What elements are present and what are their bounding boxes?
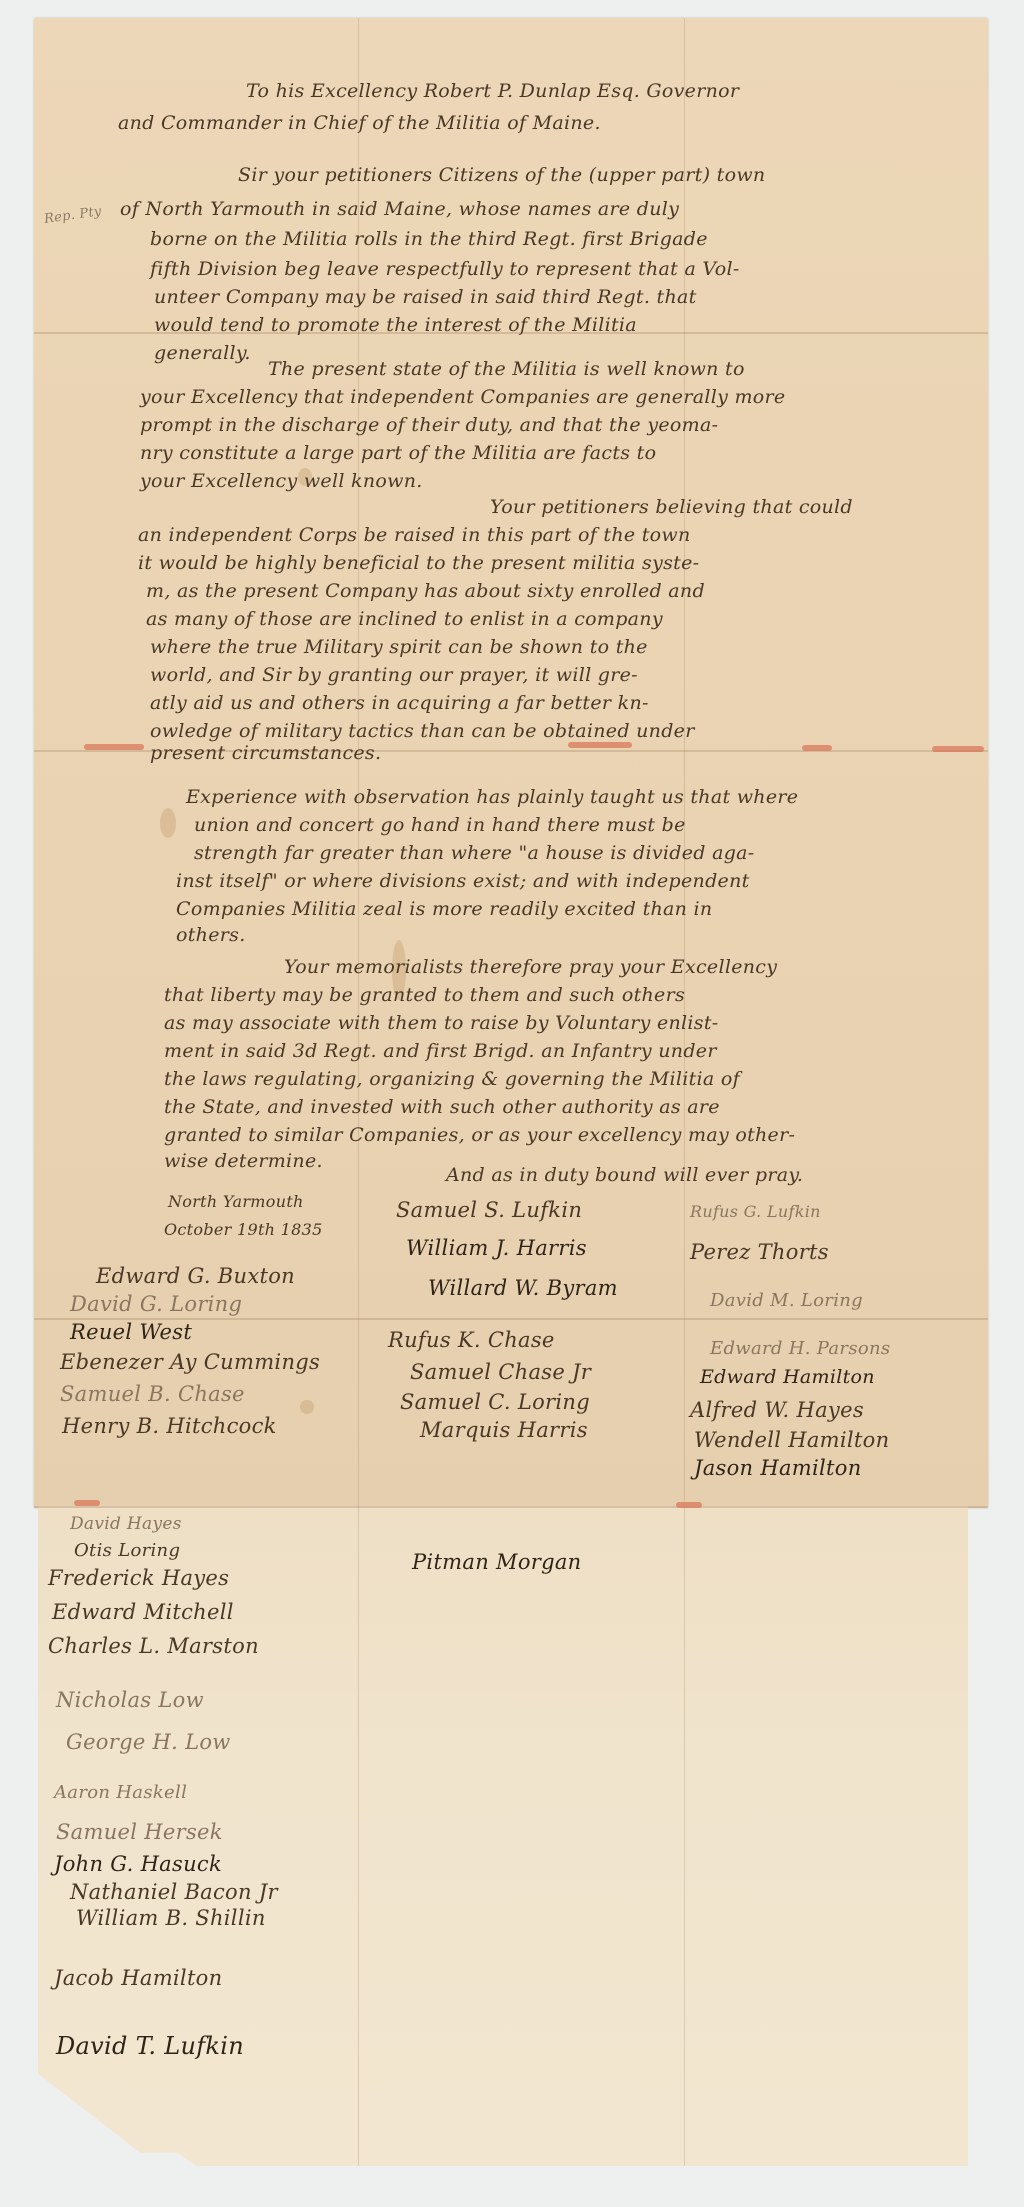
- text-line: owledge of military tactics than can be …: [150, 720, 695, 742]
- signature: Edward Hamilton: [700, 1366, 875, 1388]
- signature: Frederick Hayes: [48, 1566, 229, 1590]
- text-line: inst itself" or where divisions exist; a…: [176, 870, 750, 892]
- signature: Samuel Chase Jr: [410, 1360, 591, 1384]
- signature: Jason Hamilton: [694, 1456, 862, 1480]
- text-line: would tend to promote the interest of th…: [154, 314, 637, 336]
- wax-seal-remnant: [568, 742, 632, 748]
- text-line: an independent Corps be raised in this p…: [138, 524, 691, 546]
- signature: Samuel S. Lufkin: [396, 1198, 582, 1222]
- signature: Edward Mitchell: [52, 1600, 234, 1624]
- text-line: nry constitute a large part of the Milit…: [140, 442, 656, 464]
- text-line: the State, and invested with such other …: [164, 1096, 720, 1118]
- signature: Jacob Hamilton: [54, 1966, 222, 1990]
- signature: Samuel B. Chase: [60, 1382, 245, 1406]
- signature: Reuel West: [70, 1320, 192, 1344]
- text-line: your Excellency well known.: [140, 470, 423, 492]
- signature: David T. Lufkin: [56, 2032, 244, 2060]
- place: North Yarmouth: [168, 1192, 304, 1211]
- wax-seal-remnant: [932, 746, 984, 752]
- text-line: world, and Sir by granting our prayer, i…: [150, 664, 638, 686]
- signature: Willard W. Byram: [428, 1276, 618, 1300]
- address-line-1: To his Excellency Robert P. Dunlap Esq. …: [246, 80, 739, 102]
- fold-line-vertical: [684, 18, 685, 2166]
- text-line: m, as the present Company has about sixt…: [146, 580, 705, 602]
- text-line: ment in said 3d Regt. and first Brigd. a…: [164, 1040, 717, 1062]
- signature: Samuel Hersek: [56, 1820, 223, 1844]
- text-line: where the true Military spirit can be sh…: [150, 636, 648, 658]
- text-line: Your petitioners believing that could: [490, 496, 853, 518]
- water-stain: [300, 1400, 314, 1414]
- signature: David G. Loring: [70, 1292, 242, 1316]
- text-line: The present state of the Militia is well…: [268, 358, 745, 380]
- wax-seal-remnant: [802, 745, 832, 751]
- text-line: atly aid us and others in acquiring a fa…: [150, 692, 649, 714]
- date: October 19th 1835: [164, 1220, 323, 1239]
- signature: John G. Hasuck: [54, 1852, 222, 1876]
- text-line: strength far greater than where "a house…: [194, 842, 755, 864]
- signature: Otis Loring: [74, 1540, 180, 1561]
- fold-line-horizontal: [34, 1506, 988, 1508]
- text-line: generally.: [154, 342, 251, 364]
- signature: Samuel C. Loring: [400, 1390, 590, 1414]
- signature: Edward H. Parsons: [710, 1338, 890, 1359]
- text-line: as may associate with them to raise by V…: [164, 1012, 719, 1034]
- signature: William J. Harris: [406, 1236, 587, 1260]
- signature: Rufus K. Chase: [388, 1328, 555, 1352]
- signature: Pitman Morgan: [412, 1550, 582, 1574]
- signature: Wendell Hamilton: [694, 1428, 889, 1452]
- signature: Charles L. Marston: [48, 1634, 259, 1658]
- text-line: present circumstances.: [150, 742, 381, 764]
- wax-seal-remnant: [74, 1500, 100, 1506]
- text-line: Experience with observation has plainly …: [186, 786, 798, 808]
- signature: Marquis Harris: [420, 1418, 588, 1442]
- signature: Ebenezer Ay Cummings: [60, 1350, 320, 1374]
- signature: David M. Loring: [710, 1290, 863, 1311]
- signature: Alfred W. Hayes: [690, 1398, 864, 1422]
- text-line: of North Yarmouth in said Maine, whose n…: [120, 198, 679, 220]
- signature: William B. Shillin: [76, 1906, 266, 1930]
- text-line: your Excellency that independent Compani…: [140, 386, 785, 408]
- fold-line-vertical: [358, 18, 359, 2166]
- text-line: union and concert go hand in hand there …: [194, 814, 686, 836]
- text-line: unteer Company may be raised in said thi…: [154, 286, 697, 308]
- signature: Perez Thorts: [690, 1240, 829, 1264]
- signature: George H. Low: [66, 1730, 231, 1754]
- wax-seal-remnant: [84, 744, 144, 750]
- text-line: others.: [176, 924, 246, 946]
- signature: Rufus G. Lufkin: [690, 1202, 821, 1221]
- text-line: Sir your petitioners Citizens of the (up…: [238, 164, 765, 186]
- closing-line: And as in duty bound will ever pray.: [446, 1164, 803, 1186]
- signature: Nicholas Low: [56, 1688, 204, 1712]
- text-line: wise determine.: [164, 1150, 323, 1172]
- text-line: granted to similar Companies, or as your…: [164, 1124, 795, 1146]
- text-line: fifth Division beg leave respectfully to…: [150, 258, 740, 280]
- text-line: prompt in the discharge of their duty, a…: [140, 414, 718, 436]
- signature: David Hayes: [70, 1514, 182, 1534]
- text-line: Companies Militia zeal is more readily e…: [176, 898, 712, 920]
- text-line: that liberty may be granted to them and …: [164, 984, 685, 1006]
- signature: Aaron Haskell: [54, 1782, 187, 1803]
- signature: Nathaniel Bacon Jr: [70, 1880, 278, 1904]
- text-line: the laws regulating, organizing & govern…: [164, 1068, 740, 1090]
- address-line-2: and Commander in Chief of the Militia of…: [118, 112, 601, 134]
- text-line: it would be highly beneficial to the pre…: [138, 552, 699, 574]
- text-line: borne on the Militia rolls in the third …: [150, 228, 708, 250]
- water-stain: [160, 808, 176, 838]
- text-line: Your memorialists therefore pray your Ex…: [284, 956, 777, 978]
- wax-seal-remnant: [676, 1502, 702, 1508]
- text-line: as many of those are inclined to enlist …: [146, 608, 663, 630]
- signature: Henry B. Hitchcock: [62, 1414, 277, 1438]
- signature: Edward G. Buxton: [96, 1264, 295, 1288]
